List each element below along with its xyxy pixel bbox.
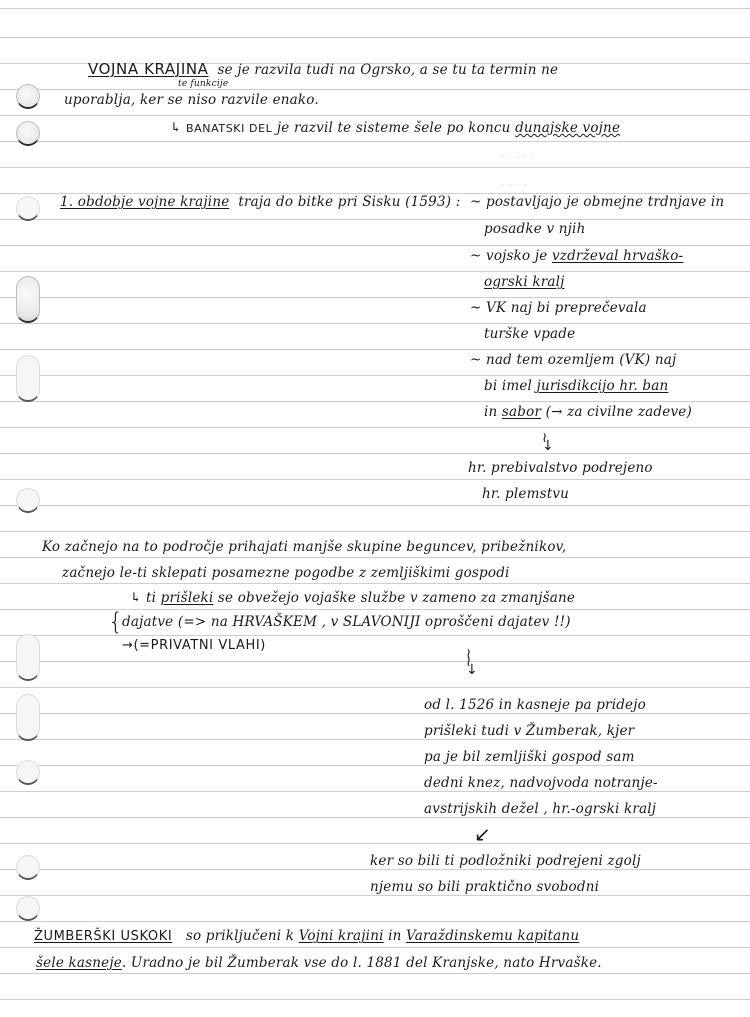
punch-hole (16, 196, 40, 221)
show-through-text: · · · · (500, 178, 527, 192)
section4-line1: od l. 1526 in kasneje pa pridejo (424, 697, 646, 713)
bullet-2-line-1: ~ vojsko je vzdrževal hrvaško- (470, 248, 683, 264)
arrow-down-left-icon: ↙ (474, 822, 491, 846)
bullet-4-line-3: in sabor (→ za civilne zadeve) (484, 404, 692, 420)
punch-hole (16, 855, 40, 880)
punch-hole (16, 694, 40, 741)
brace-icon: { (108, 608, 123, 636)
punch-hole (16, 355, 40, 402)
section5-title: ŽUMBERŠKI USKOKI (34, 929, 172, 944)
punch-hole (16, 896, 40, 921)
punch-hole (16, 760, 40, 785)
conclusion-line-1: hr. prebivalstvo podrejeno (468, 460, 653, 476)
bullet-1-line-1: ~ postavljajo je obmejne trdnjave in (470, 194, 724, 210)
result-line2: njemu so bili praktično svobodni (370, 879, 599, 895)
section3-line1: Ko začnejo na to področje prihajati manj… (42, 539, 566, 555)
conclusion-line-2: hr. plemstvu (482, 486, 569, 502)
section3-line2: začnejo le-ti sklepati posamezne pogodbe… (62, 565, 510, 581)
punch-hole (16, 276, 40, 323)
bullet-3-line-1: ~ VK naj bi preprečevala (470, 300, 647, 316)
punch-hole (16, 488, 40, 513)
section5-line2: šele kasneje. Uradno je bil Žumberak vse… (36, 955, 602, 971)
punch-hole (16, 84, 40, 109)
section3-arrow-line: ↳ ti prišleki se obvežejo vojaške službe… (130, 590, 575, 606)
show-through-text: · · · · · (500, 150, 534, 164)
bullet-3-line-2: turške vpade (484, 326, 575, 342)
section1-line1: VOJNA KRAJINA se je razvila tudi na Ogrs… (88, 60, 558, 78)
section1-title: VOJNA KRAJINA (88, 60, 209, 78)
arrow-hook-icon: ↳ (130, 590, 142, 606)
insertion-note: te funkcije (178, 79, 228, 89)
section4-line5: avstrijskih dežel , hr.-ogrski kralj (424, 801, 656, 817)
brace-arrow-line: →(=PRIVATNI VLAHI) (122, 638, 266, 653)
bullet-1-line-2: posadke v njih (484, 221, 585, 237)
squiggle-down-arrow-icon: ≀↓ (542, 434, 554, 450)
brace-line: dajatve (=> na HRVAŠKEM , v SLAVONIJI op… (122, 614, 571, 630)
section2-heading: 1. obdobje vojne krajine (60, 194, 229, 210)
bullet-4-line-2: bi imel jurisdikcijo hr. ban (484, 378, 668, 394)
bullet-4-line-1: ~ nad tem ozemljem (VK) naj (470, 352, 676, 368)
punch-hole (16, 121, 40, 146)
section2-heading-line: 1. obdobje vojne krajine traja do bitke … (60, 194, 460, 210)
squiggle-down-arrow-icon: ≀≀↓ (466, 650, 478, 674)
section4-line4: dedni knez, nadvojvoda notranje- (424, 775, 658, 791)
punch-hole (16, 634, 40, 681)
section5-line1: ŽUMBERŠKI USKOKI so priključeni k Vojni … (34, 928, 579, 944)
bullet-2-line-2: ogrski kralj (484, 274, 565, 290)
section4-line3: pa je bil zemljiški gospod sam (424, 749, 635, 765)
section1-line2: uporablja, ker se niso razvile enako. (64, 92, 319, 108)
section4-line2: prišleki tudi v Žumberak, kjer (424, 723, 634, 739)
arrow-hook-icon: ↳ (170, 120, 182, 136)
result-line1: ker so bili ti podložniki podrejeni zgol… (370, 853, 641, 869)
section1-arrow-line: ↳ BANATSKI DEL je razvil te sisteme šele… (170, 120, 620, 136)
